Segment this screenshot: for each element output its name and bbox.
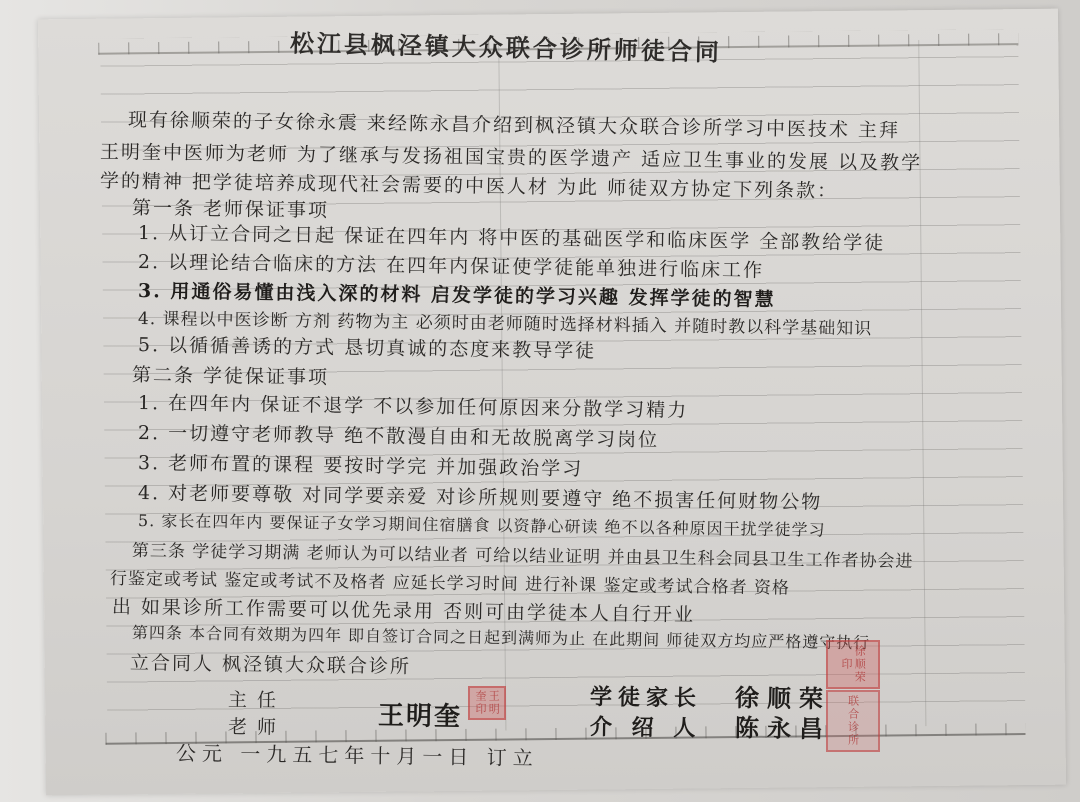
director-label: 主 任 xyxy=(228,685,278,713)
article-2-item: 3. 老师布置的课程 要按时学完 并加强政治学习 xyxy=(138,448,584,481)
article-2-heading: 第二条 学徒保证事项 xyxy=(132,360,329,390)
contracting-party-line: 立合同人 枫泾镇大众联合诊所 xyxy=(130,648,411,679)
signing-date: 公元 一九五七年十月一日 订立 xyxy=(176,737,539,771)
teacher-seal: 王明奎印 xyxy=(468,686,506,720)
article-1-item: 5. 以循循善诱的方式 恳切真诚的态度来教导学徒 xyxy=(138,330,597,363)
clinic-seal: 联合诊所 xyxy=(826,690,880,752)
contract-title: 松江县枫泾镇大众联合诊所师徒合同 xyxy=(290,23,723,67)
teacher-label: 老 师 xyxy=(228,712,278,740)
contract-content: 松江县枫泾镇大众联合诊所师徒合同 现有徐顺荣的子女徐永震 来经陈永昌介绍到枫泾镇… xyxy=(0,0,1080,802)
article-4-line: 第四条 本合同有效期为四年 即自签订合同之日起到满师为止 在此期间 师徒双方均应… xyxy=(132,620,871,653)
parent-seal: 徐顺荣印 xyxy=(826,640,880,689)
teacher-signature: 王明奎 xyxy=(378,695,463,733)
parent-label: 学徒家长 xyxy=(590,680,702,713)
introducer-signature: 陈永昌 xyxy=(735,708,831,744)
article-2-item: 2. 一切遵守老师教导 绝不散漫自由和无故脱离学习岗位 xyxy=(138,418,660,452)
preamble-line: 现有徐顺荣的子女徐永震 来经陈永昌介绍到枫泾镇大众联合诊所学习中医技术 主拜 xyxy=(128,105,900,143)
article-2-item: 1. 在四年内 保证不退学 不以参加任何原因来分散学习精力 xyxy=(138,388,689,423)
introducer-label: 介 绍 人 xyxy=(590,710,702,743)
